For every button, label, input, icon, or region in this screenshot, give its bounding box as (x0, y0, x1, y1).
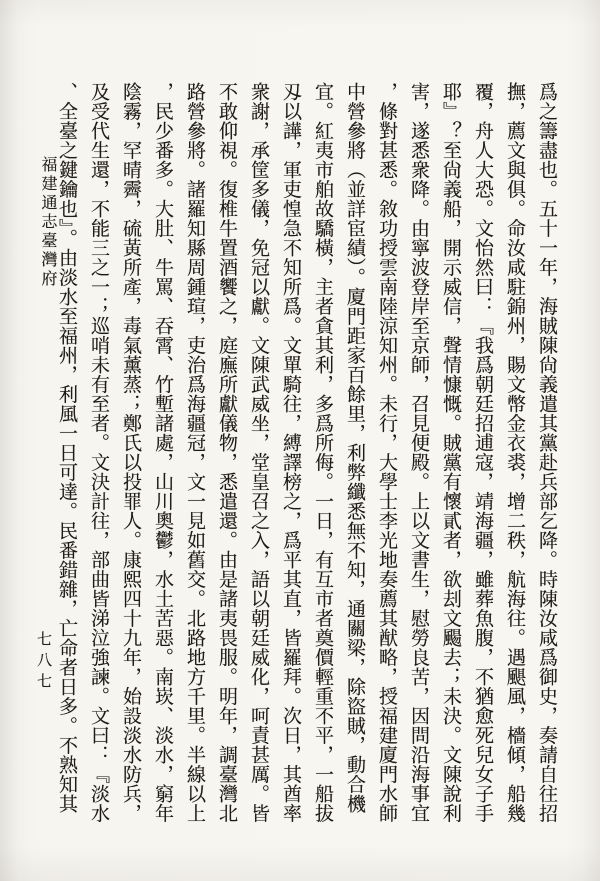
text-column: 、全臺之鍵鑰也』。由淡水至福州，利風一日可達。民番錯雜，亡命者日多。不熟知其 (50, 82, 82, 816)
page-text-block: 爲之籌盡也。五十一年，海賊陳尙義遣其黨赴兵部乞降。時陳汝咸爲御史，奏請自往招撫，… (50, 82, 562, 816)
text-column: 及受代生還，不能三之一；巡哨未有至者。文決計往，部曲皆涕泣強諫。文曰：『淡水 (82, 82, 114, 816)
text-column: 撫，薦文與俱。命汝咸駐錦州，賜文幣金衣裘，增二秩，航海往。遇颶風，檣傾，船幾 (498, 82, 530, 816)
text-column: 耶』？至尙義船，開示威信，聲情慷慨。賊黨有懷貳者，欲刦文颺去；未決。文陳說利 (434, 82, 466, 816)
text-column: 陰霧，罕晴霽，硫黃所產，毒氣薰蒸；鄭氏以投罪人。康熙四十九年，始設淡水防兵， (114, 82, 146, 816)
text-column: 害，遂悉衆降。由寧波登岸至京師，召見便殿。上以文書生，慰勞良苦，因問沿海事宜 (402, 82, 434, 816)
scanned-book-page: 福建通志臺灣府 七八七 爲之籌盡也。五十一年，海賊陳尙義遣其黨赴兵部乞降。時陳汝… (0, 0, 600, 881)
text-column: 宜。紅夷市舶故驕橫，主者貪其利，多爲所侮。一日，有互市者奠價輕重不平，一船拔 (306, 82, 338, 816)
text-column: 刄以譁，軍吏惶急不知所爲。文單騎往，縛譯榜之，爲平其直，皆羅拜。次日，其酋率 (274, 82, 306, 816)
text-column: ，民少番多。大肚、牛罵、吞霄、竹塹諸處，山川奧鬱，水土苦惡。南崁、淡水，窮年 (146, 82, 178, 816)
text-column: 覆，舟人大恐。文怡然曰：『我爲朝廷招逋寇，靖海疆，雖葬魚腹，不猶愈死兒女子手 (466, 82, 498, 816)
text-column: 中營參將（並詳宦績）。廈門距家百餘里，利弊纖悉無不知，通關梁，除盜賊，動合機 (338, 82, 370, 816)
text-column: ，條對甚悉。敘功授雲南陸涼知州。未行，大學士李光地奏薦其猷略，授福建廈門水師 (370, 82, 402, 816)
text-column: 路營參將。諸羅知縣周鍾瑄，吏治爲海疆冠，文一見如舊交。北路地方千里。半線以上 (178, 82, 210, 816)
text-column: 衆謝，承筐多儀，免冠以獻。文陳武威坐，堂皇召之入，語以朝廷威化，呵責甚厲。皆 (242, 82, 274, 816)
text-column: 爲之籌盡也。五十一年，海賊陳尙義遣其黨赴兵部乞降。時陳汝咸爲御史，奏請自往招 (530, 82, 562, 816)
text-column: 不敢仰視。復椎牛置酒饗之，庭廡所獻儀物，悉遣還。由是諸夷畏服。明年，調臺灣北 (210, 82, 242, 816)
